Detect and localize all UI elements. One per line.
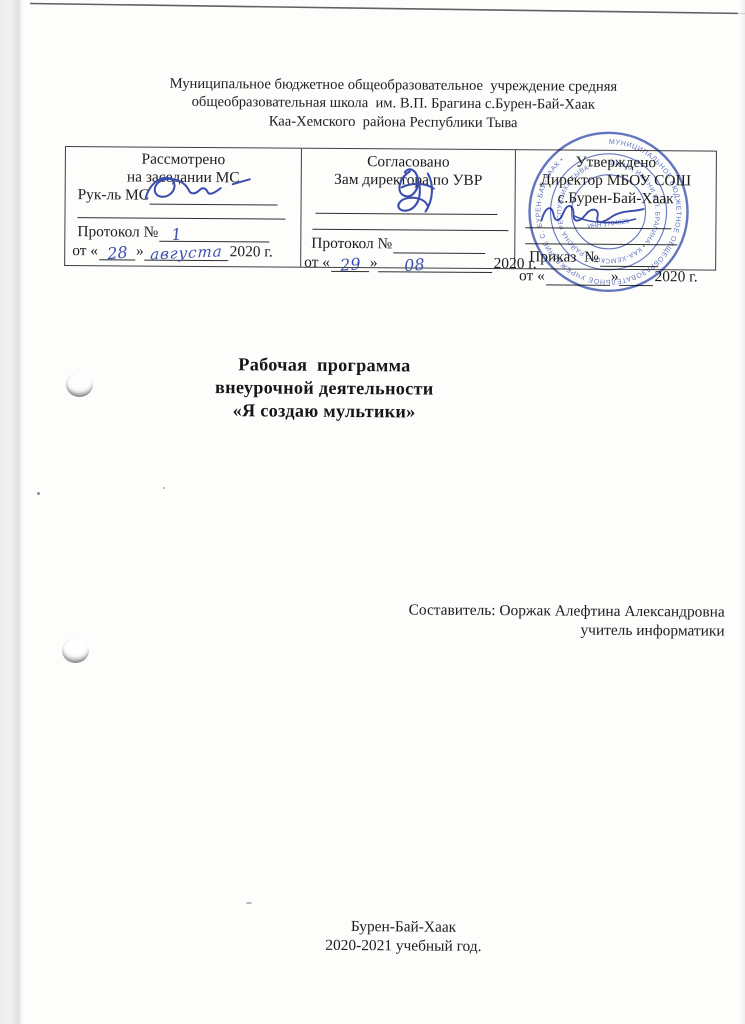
main-title: Рабочая программа внеурочной деятельност… xyxy=(63,352,585,425)
reviewed-protocol-number-line: 1 xyxy=(159,225,269,243)
agreed-protocol-number-line xyxy=(393,236,485,254)
reviewed-date-quote: » xyxy=(136,243,144,260)
agreed-protocol-label: Протокол № xyxy=(311,235,392,253)
approval-cell-reviewed: Рассмотрено на заседании МС Рук-ль МС Пр… xyxy=(65,147,302,267)
approved-blank-line xyxy=(525,234,677,245)
approval-table: Рассмотрено на заседании МС Рук-ль МС Пр… xyxy=(64,146,717,271)
approved-date-month-line xyxy=(619,269,653,286)
approved-date-day-line xyxy=(546,268,610,285)
reviewed-signature-line xyxy=(150,188,278,206)
approved-village-line: с.Бурен-Бай-Хаак xyxy=(516,189,716,208)
agreed-date-from: от « xyxy=(304,254,330,271)
school-header-line3: Каа-Хемского района Республики Тыва xyxy=(63,111,723,134)
scanned-page: Муниципальное бюджетное общеобразователь… xyxy=(0,0,745,1024)
author-block: Составитель: Ооржак Алефтина Александров… xyxy=(408,600,724,640)
approval-cell-approved: Утверждено Директор МБОУ СОШ с.Бурен-Бай… xyxy=(515,150,716,269)
agreed-date-month-handwritten: 08 xyxy=(404,256,426,276)
agreed-date-day-line: 29 xyxy=(331,255,369,272)
approved-date-year: 2020 г. xyxy=(654,268,697,285)
approved-director-line: Директор МБОУ СОШ xyxy=(516,171,716,190)
agreed-subtitle: Зам директора по УВР xyxy=(302,171,515,190)
reviewed-title: Рассмотрено xyxy=(66,150,301,170)
approval-cell-agreed: Согласовано Зам директора по УВР Протоко… xyxy=(301,149,516,268)
reviewed-subtitle: на заседании МС xyxy=(66,168,301,188)
document-content: Муниципальное бюджетное общеобразователь… xyxy=(0,0,745,1024)
reviewed-blank-line xyxy=(77,208,285,219)
reviewed-date-year: 2020 г. xyxy=(230,243,273,260)
reviewed-date-month-handwritten: августа xyxy=(150,242,224,263)
reviewed-date-day-line: 28 xyxy=(99,243,135,260)
approved-date-quote: » xyxy=(611,268,619,285)
reviewed-role-label: Рук-ль МС xyxy=(78,186,149,203)
agreed-blank-line xyxy=(312,220,508,231)
reviewed-date-day-handwritten: 28 xyxy=(106,244,128,264)
agreed-signature-line xyxy=(316,205,498,215)
approved-order-label: Приказ № xyxy=(529,248,599,265)
approved-title: Утверждено xyxy=(516,153,716,172)
footer-year: 2020-2021 учебный год. xyxy=(123,935,683,957)
author-line2: учитель информатики xyxy=(408,619,724,640)
agreed-date-month-line: 08 xyxy=(379,255,493,273)
reviewed-date-from: от « xyxy=(72,242,98,259)
agreed-title: Согласовано xyxy=(302,153,515,172)
approved-order-number-line xyxy=(600,250,658,267)
footer-block: Бурен-Бай-Хаак 2020-2021 учебный год. xyxy=(123,916,683,957)
approved-date-from: от « xyxy=(519,267,545,284)
reviewed-date-month-line: августа xyxy=(145,244,229,262)
reviewed-protocol-number-handwritten: 1 xyxy=(171,225,183,244)
agreed-date-quote: » xyxy=(370,254,378,271)
main-title-line3: «Я создаю мультики» xyxy=(63,398,585,425)
approved-signature-line xyxy=(525,219,671,229)
reviewed-protocol-label: Протокол № xyxy=(77,223,158,241)
author-line1: Составитель: Ооржак Алефтина Александров… xyxy=(409,600,725,621)
agreed-date-day-handwritten: 29 xyxy=(339,255,361,275)
school-header: Муниципальное бюджетное общеобразователь… xyxy=(63,74,723,134)
